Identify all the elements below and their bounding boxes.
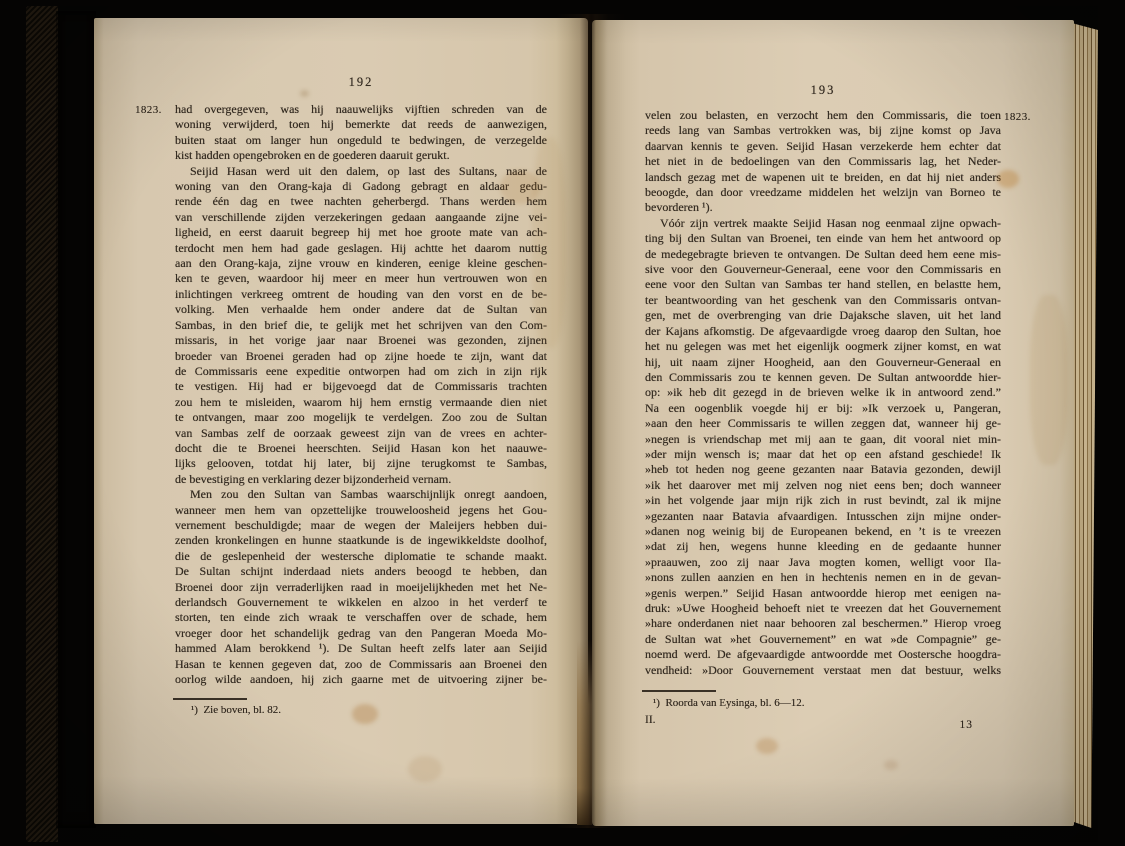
stain <box>300 90 309 97</box>
text-line: woning verwijderd, toen hij bemerkte dat… <box>175 117 547 132</box>
text-line: reeds lang van Sambas vertrokken was, bi… <box>645 123 1001 138</box>
text-line: vroeger door het schandelijk gedrag van … <box>175 626 547 641</box>
text-line: die de geslepenheid der westersche diplo… <box>175 549 547 564</box>
text-line: »hare onderdanen niet naar behooren zal … <box>645 616 1001 631</box>
text-line: De Sultan schijnt inderdaad niets anders… <box>175 564 547 579</box>
text-line: hij, uit naam zijner Hoogheid, aan den G… <box>645 355 1001 370</box>
text-block: had overgegeven, was hij naauwelijks vij… <box>175 102 547 687</box>
left-page: 192 1823. had overgegeven, was hij naauw… <box>94 18 588 824</box>
text-line: oorlog wilde aandoen, hij zich gaarne me… <box>175 672 547 687</box>
text-line: missaris, in het vorige jaar naar Broene… <box>175 333 547 348</box>
text-line: Hasan te kennen gegeven dat, zoo de Comm… <box>175 657 547 672</box>
text-line: beoogde, dan door vreedzame middelen het… <box>645 185 1001 200</box>
footnote: ¹) Roorda van Eysinga, bl. 6—12. <box>653 697 804 709</box>
text-line: wanneer men hem van opzettelijke trouwel… <box>175 503 547 518</box>
text-line: Broenei door zijn verraderlijken raad in… <box>175 580 547 595</box>
margin-year: 1823. <box>1004 111 1031 123</box>
right-page: 193 1823. velen zou belasten, en verzoch… <box>592 20 1074 826</box>
text-line: vendheid: »Door Gouvernement verstaat me… <box>645 663 1001 678</box>
margin-year: 1823. <box>135 104 162 116</box>
text-line: de Sultan wat »het Gouvernement” en wat … <box>645 632 1001 647</box>
text-line: te vestigen. Hij had er bijgevoegd dat d… <box>175 379 547 394</box>
text-line: Seijid Hasan werd uit den dalem, op last… <box>175 164 547 179</box>
text-line: Na een oogenblik voegde hij er bij: »Ik … <box>645 401 1001 416</box>
text-line: landsch gezag met de wapenen uit te brei… <box>645 170 1001 185</box>
text-line: rende één dag en twee nachten geherbergd… <box>175 194 547 209</box>
stain <box>756 738 778 754</box>
text-line: ter beantwoording van het geschenk van d… <box>645 293 1001 308</box>
text-line: druk: »Uwe Hoogheid behoeft niet te vree… <box>645 601 1001 616</box>
text-line: storten, ten einde zich wraak te verscha… <box>175 610 547 625</box>
text-line: ken te geven, waardoor hij meer en meer … <box>175 271 547 286</box>
text-line: woning van den Orang-kaja di Gadong gebr… <box>175 179 547 194</box>
text-line: den Commissaris zou te kennen geven. De … <box>645 370 1001 385</box>
stain <box>352 704 378 724</box>
text-line: der Kajans afkomstig. De afgevaardigde v… <box>645 324 1001 339</box>
text-line: Men zou den Sultan van Sambas waarschijn… <box>175 487 547 502</box>
text-line: had overgegeven, was hij naauwelijks vij… <box>175 102 547 117</box>
text-line: terdocht men hem had gade geslagen. Hij … <box>175 241 547 256</box>
text-line: noemd werd. De afgevaardigde antwoordde … <box>645 647 1001 662</box>
page-number: 192 <box>175 75 547 90</box>
text-line: buiten staat om langer hun ongeduld te b… <box>175 133 547 148</box>
footnote: ¹) Zie boven, bl. 82. <box>191 704 281 716</box>
text-line: lijks gelooven, totdat hij later, bij zi… <box>175 456 547 471</box>
text-line: velen zou belasten, en verzocht hem den … <box>645 108 1001 123</box>
text-line: »aan den heer Commissaris te willen zegg… <box>645 416 1001 431</box>
text-line: Sambas, in den brief die, te gelijk met … <box>175 318 547 333</box>
text-line: inlichtingen verkreeg omtrent de houding… <box>175 287 547 302</box>
text-line: »ik het daarover met mij zelven nog niet… <box>645 478 1001 493</box>
text-line: te ontvangen, maar zoo mogelijk te verde… <box>175 410 547 425</box>
text-line: eene voor den Sultan van Sambas ter hand… <box>645 277 1001 292</box>
text-line: derlandsch Gouvernement te wikkelen en a… <box>175 595 547 610</box>
text-line: bevorderen ¹). <box>645 200 1001 215</box>
text-line: »gezanten naar Batavia afvaardigen. Intu… <box>645 509 1001 524</box>
book-cover-edge <box>26 6 58 842</box>
text-line: van verschillende zijden verzekeringen g… <box>175 210 547 225</box>
text-line: Vóór zijn vertrek maakte Seijid Hasan no… <box>645 216 1001 231</box>
text-line: zou hem te misleiden, waarom hij hem ern… <box>175 395 547 410</box>
text-block: velen zou belasten, en verzocht hem den … <box>645 108 1001 678</box>
text-line: »praauwen, zoo zij naar Java mogten kome… <box>645 555 1001 570</box>
text-line: hammed Alam berokkend ¹). De Sultan heef… <box>175 641 547 656</box>
text-line: volking. Men verhaalde hem onder andere … <box>175 302 547 317</box>
text-line: »genis werpen.” Seijid Hasan antwoordde … <box>645 586 1001 601</box>
text-line: »nons zullen aanzien en hen in hechtenis… <box>645 570 1001 585</box>
footnote-rule <box>173 698 247 700</box>
text-line: de bevestiging en verklaring dezer bijzo… <box>175 472 547 487</box>
text-line: daarvan kennis te geven. Seijid Hasan ve… <box>645 139 1001 154</box>
text-line: kist hadden opengebroken en de goederen … <box>175 148 547 163</box>
page-edges-left <box>56 11 96 828</box>
sheet-number: 13 <box>960 719 974 731</box>
text-line: broeder van Broenei geraden had op zijne… <box>175 349 547 364</box>
text-line: het niet in de bedoelingen van den Commi… <box>645 154 1001 169</box>
text-line: van Sambas zelf de oorzaak geweest zijn … <box>175 426 547 441</box>
text-line: ligheid, en eerst daaruit begreep hij me… <box>175 225 547 240</box>
text-line: de medegebragte brieven te ontvangen. De… <box>645 247 1001 262</box>
text-line: aan den Orang-kaja, zijne vrouw en kinde… <box>175 256 547 271</box>
stain <box>884 760 898 770</box>
text-line: zenden kronkelingen en hunne staatkunde … <box>175 533 547 548</box>
book-spread: 192 1823. had overgegeven, was hij naauw… <box>0 0 1125 846</box>
stain <box>408 756 442 782</box>
page-number: 193 <box>645 83 1001 98</box>
text-line: »negen is vriendschap met mij aan te gaa… <box>645 432 1001 447</box>
text-line: op: »ik heb dit gezegd in de brieven wel… <box>645 385 1001 400</box>
text-line: gen, met de overbrenging van drie Dajaks… <box>645 308 1001 323</box>
text-line: »dat zij hen, wegens hunne kleeding en d… <box>645 539 1001 554</box>
text-line: »der mijn wensch is; maar dat het op een… <box>645 447 1001 462</box>
text-line: »in het volgende jaar mijn rijk zich in … <box>645 493 1001 508</box>
text-line: vernement beschuldigde; maar de wegen de… <box>175 518 547 533</box>
text-line: het nu gelegen was met het eigenlijk oog… <box>645 339 1001 354</box>
gutter-binding <box>577 640 592 825</box>
text-line: ting bij den Sultan van Broenei, ten ein… <box>645 231 1001 246</box>
text-line: de Commissaris eene expeditie ontworpen … <box>175 364 547 379</box>
text-line: »danen nog weinig bij de Europeanen beke… <box>645 524 1001 539</box>
footnote-rule <box>642 690 716 692</box>
text-line: »heb tot heden nog geene gezanten naar B… <box>645 462 1001 477</box>
text-line: docht die te Broenei heerschten. Seijid … <box>175 441 547 456</box>
stain <box>1030 295 1068 465</box>
volume-mark: II. <box>645 714 656 726</box>
text-line: sive voor den Gouverneur-Generaal, eene … <box>645 262 1001 277</box>
